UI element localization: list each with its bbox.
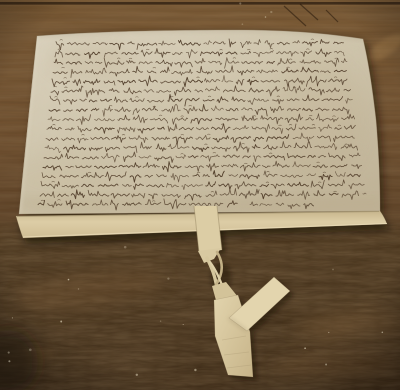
photo-vignette [0, 0, 400, 390]
photo-of-parchment-charter [0, 0, 400, 390]
charter-photo-svg [0, 0, 400, 390]
